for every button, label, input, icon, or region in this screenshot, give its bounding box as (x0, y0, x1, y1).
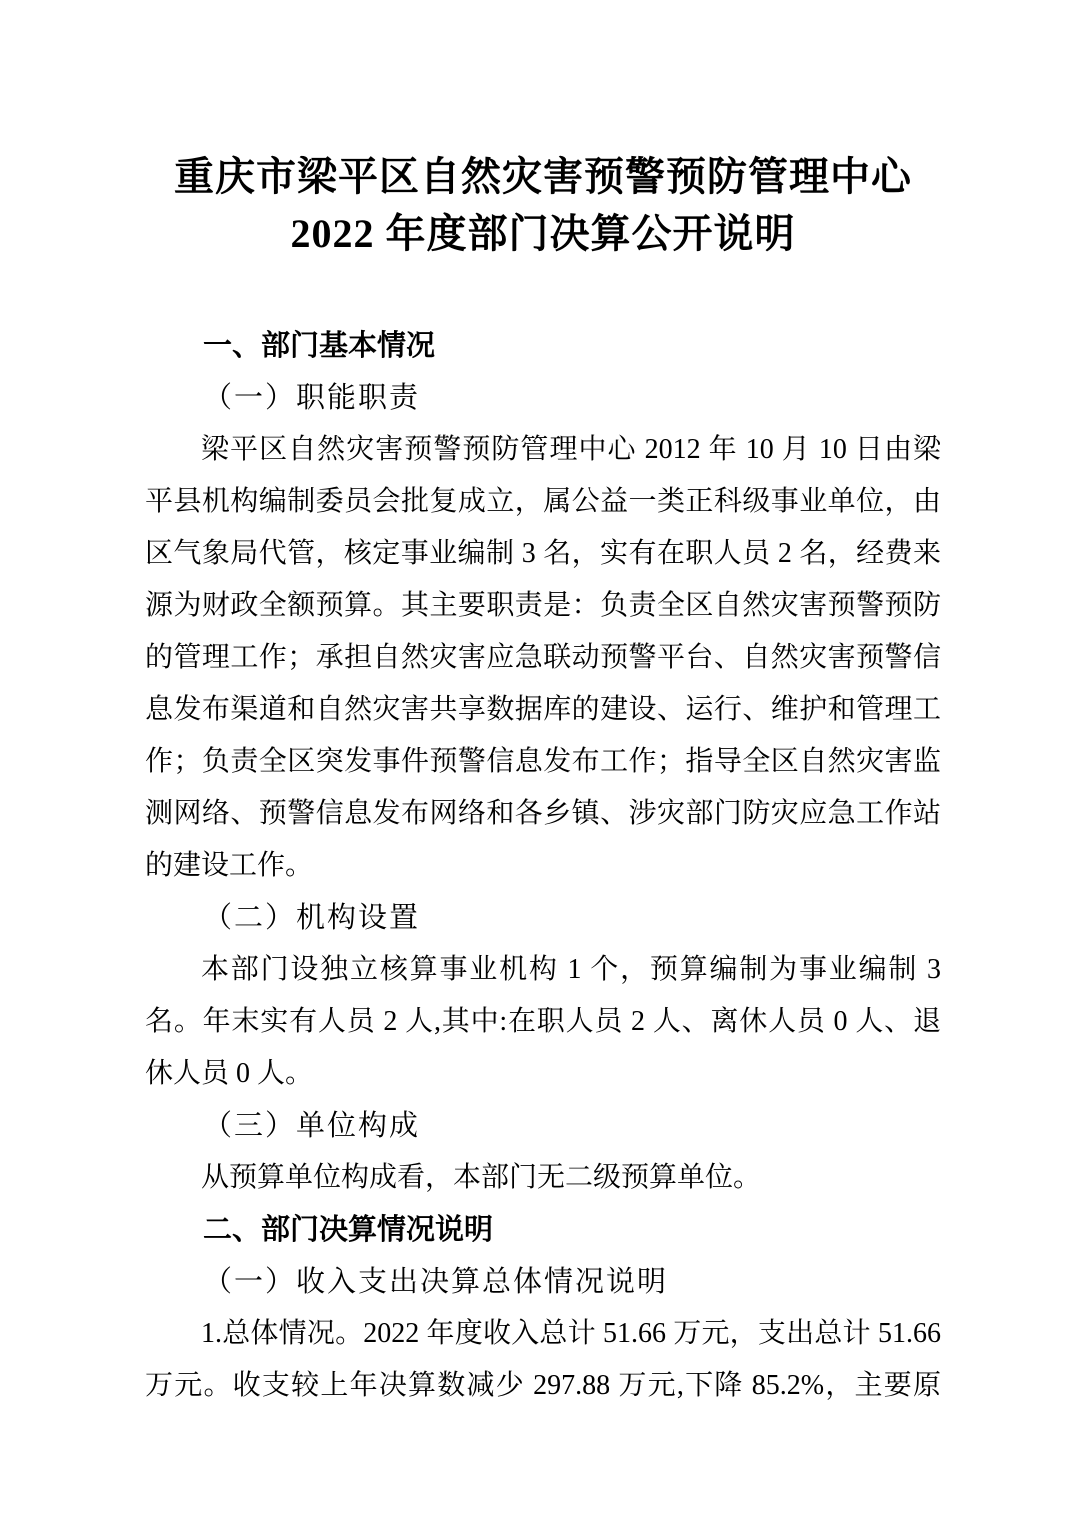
paragraph: 本部门设独立核算事业机构 1 个，预算编制为事业编制 3 名。年末实有人员 2 … (145, 944, 941, 1100)
paragraph: 1.总体情况。2022 年度收入总计 51.66 万元，支出总计 51.66 万… (145, 1308, 941, 1412)
document-body: 一、部门基本情况（一）职能职责梁平区自然灾害预警预防管理中心 2012 年 10… (145, 320, 941, 1412)
title-line-2: 2022 年度部门决算公开说明 (145, 205, 941, 262)
subsection-heading: （三）单位构成 (145, 1100, 941, 1152)
document-page: 重庆市梁平区自然灾害预警预防管理中心 2022 年度部门决算公开说明 一、部门基… (0, 0, 1074, 1520)
title-line-1: 重庆市梁平区自然灾害预警预防管理中心 (145, 148, 941, 205)
document-title: 重庆市梁平区自然灾害预警预防管理中心 2022 年度部门决算公开说明 (145, 148, 941, 262)
subsection-heading: （二）机构设置 (145, 892, 941, 944)
paragraph: 梁平区自然灾害预警预防管理中心 2012 年 10 月 10 日由梁平县机构编制… (145, 424, 941, 892)
subsection-heading: （一）职能职责 (145, 372, 941, 424)
paragraph: 从预算单位构成看，本部门无二级预算单位。 (145, 1152, 941, 1204)
section-heading: 二、部门决算情况说明 (145, 1204, 941, 1256)
section-heading: 一、部门基本情况 (145, 320, 941, 372)
subsection-heading: （一）收入支出决算总体情况说明 (145, 1256, 941, 1308)
